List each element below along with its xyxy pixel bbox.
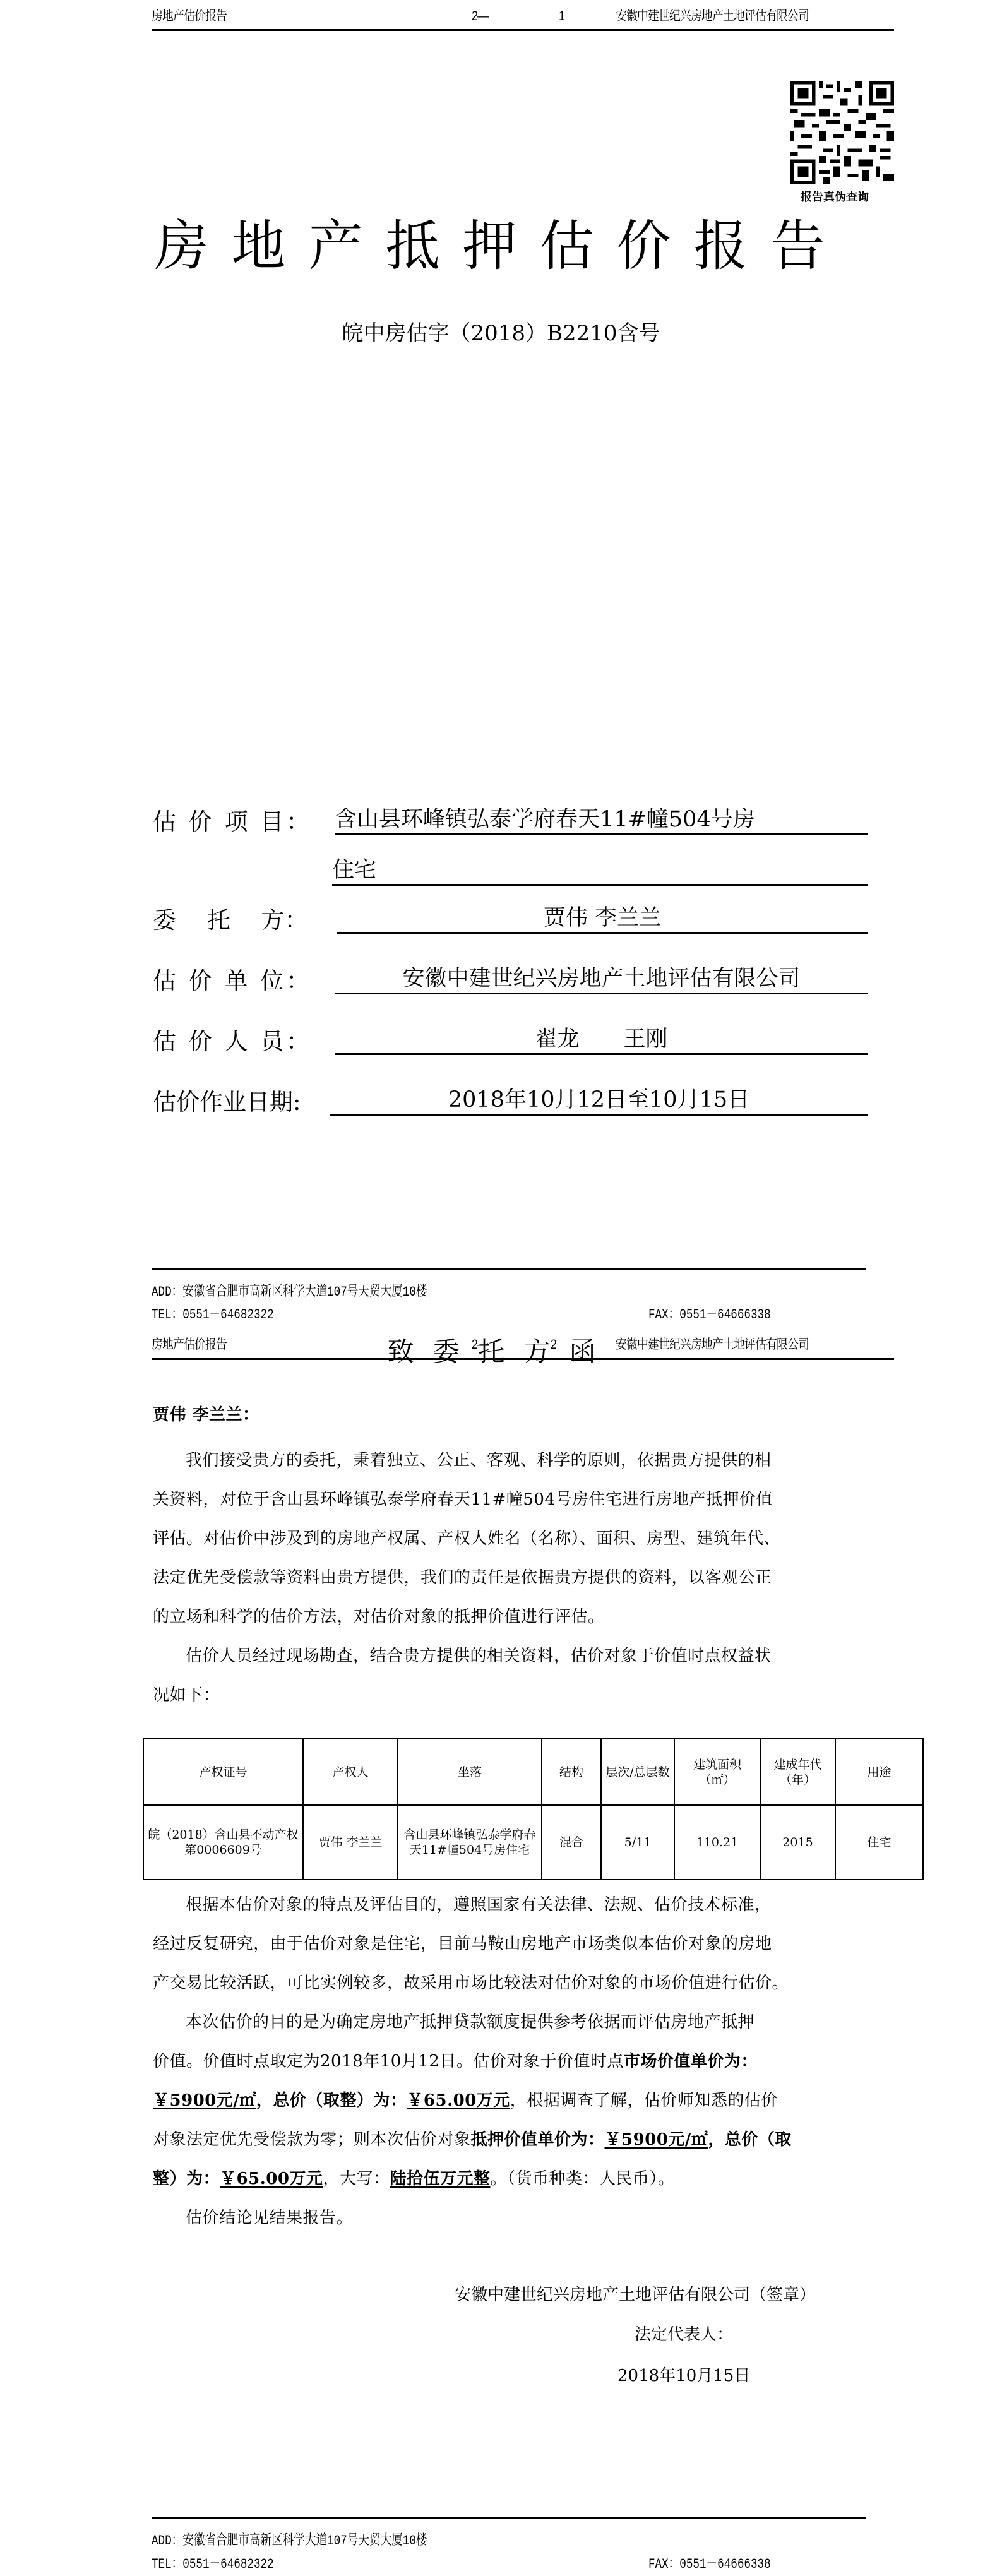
table-row: 皖（2018）含山县不动产权第0006609号 贾伟 李兰兰 含山县环峰镇弘泰学…: [143, 1805, 923, 1880]
table-cell-location: 含山县环峰镇弘泰学府春天11#幢504号房住宅: [398, 1805, 542, 1880]
market-unit-price: ￥5900元/㎡: [153, 2091, 256, 2110]
mortgage-total-label: 整）为：: [153, 2169, 220, 2188]
market-total-value: ￥65.00万元: [407, 2091, 510, 2110]
field-value-work-date: 2018年10月12日至10月15日: [330, 1086, 868, 1116]
field-label-client: 委 托 方：: [153, 907, 308, 934]
field-value-appraisers: 翟龙 王刚: [335, 1025, 868, 1055]
para4-line3: ￥5900元/㎡，总价（取整）为：￥65.00万元，根据调查了解，估价师知悉的估…: [153, 2091, 910, 2110]
signature-date: 2018年10月15日: [617, 2366, 750, 2385]
field-value-appraiser-unit: 安徽中建世纪兴房地产土地评估有限公司: [335, 965, 868, 994]
header-page-number: 1: [559, 9, 564, 24]
qr-code-icon: [790, 81, 894, 184]
field-label-appraiser-unit: 估 价 单 位：: [153, 967, 312, 995]
footer-divider: [152, 2517, 866, 2519]
signature-legal-rep: 法定代表人：: [635, 2325, 733, 2344]
para1-line2: 关资料，对位于含山县环峰镇弘泰学府春天11#幢504号房住宅进行房地产抵押价值: [153, 1490, 910, 1509]
footer-address: ADD：安徽省合肥市高新区科学大道107号天贸大厦10楼: [152, 1284, 427, 1301]
field-label-project: 估 价 项 目：: [153, 808, 312, 836]
table-header-cell: 建成年代（年）: [760, 1739, 835, 1805]
mortgage-value-label: 抵押价值单价为：: [471, 2130, 605, 2149]
field-value-client: 贾伟 李兰兰: [337, 904, 868, 934]
market-total-label: ，总价（取整）为：: [256, 2091, 407, 2110]
para1-line5: 的立场和科学的估价方法，对估价对象的抵押价值进行评估。: [153, 1607, 910, 1626]
table-header-cell: 产权证号: [143, 1739, 303, 1805]
table-cell-year: 2015: [760, 1805, 835, 1880]
footer-fax: FAX：0551－64666338: [648, 1307, 771, 1323]
para5: 估价结论见结果报告。: [153, 2209, 910, 2227]
footer-fax: FAX：0551－64666338: [648, 2556, 771, 2573]
para3-line1: 根据本估价对象的特点及评估目的，遵照国家有关法律、法规、估价技术标准，: [153, 1895, 910, 1914]
qr-caption: 报告真伪查询: [801, 188, 869, 205]
para2-line2: 况如下：: [153, 1686, 910, 1705]
mortgage-unit-price: ￥5900元/㎡: [605, 2130, 708, 2149]
para4-text: ，根据调查了解，估价师知悉的估价: [510, 2091, 778, 2110]
mortgage-total-label: ，总价（取: [708, 2130, 792, 2149]
table-header-cell: 产权人: [303, 1739, 398, 1805]
para3-line2: 经过反复研究，由于估价对象是住宅，目前马鞍山房地产市场类似本估价对象的房地: [153, 1935, 910, 1953]
para4-line4: 对象法定优先受偿款为零；则本次估价对象抵押价值单价为：￥5900元/㎡，总价（取: [153, 2130, 910, 2149]
report-number: 皖中房估字（2018）B2210含号: [0, 321, 1002, 346]
para4-line5: 整）为：￥65.00万元，大写：陆拾伍万元整。（货币种类：人民币）。: [153, 2169, 910, 2188]
currency-note: 。（货币种类：人民币）。: [490, 2169, 674, 2188]
capital-amount: 陆拾伍万元整: [390, 2169, 490, 2188]
table-cell-cert-no: 皖（2018）含山县不动产权第0006609号: [143, 1805, 303, 1880]
field-value-project-line2: 住宅: [332, 856, 868, 886]
table-cell-owner: 贾伟 李兰兰: [303, 1805, 398, 1880]
table-header-cell: 结构: [542, 1739, 601, 1805]
para1-line3: 评估。对估价中涉及到的房地产权属、产权人姓名（名称）、面积、房型、建筑年代、: [153, 1529, 910, 1548]
footer-tel: TEL：0551－64682322: [152, 2556, 274, 2573]
para4-text: 对象法定优先受偿款为零；则本次估价对象: [153, 2130, 471, 2149]
table-header-cell: 坐落: [398, 1739, 542, 1805]
report-title: 房地产抵押估价报告: [0, 215, 1002, 278]
table-header-cell: 用途: [835, 1739, 923, 1805]
para4-line1: 本次估价的目的是为确定房地产抵押贷款额度提供参考依据而评估房地产抵押: [153, 2013, 910, 2032]
table-cell-usage: 住宅: [835, 1805, 923, 1880]
market-value-label: 市场价值单价为：: [624, 2052, 758, 2071]
field-label-work-date: 估价作业日期:: [153, 1088, 301, 1116]
property-table: 产权证号 产权人 坐落 结构 层次/总层数 建筑面积（㎡） 建成年代（年） 用途…: [143, 1738, 924, 1880]
para3-line3: 产交易比较活跃，可比实例较多，故采用市场比较法对估价对象的市场价值进行估价。: [153, 1974, 910, 1993]
footer-address: ADD：安徽省合肥市高新区科学大道107号天贸大厦10楼: [152, 2533, 427, 2549]
para2-line1: 估价人员经过现场勘查，结合贵方提供的相关资料，估价对象于价值时点权益状: [153, 1647, 910, 1666]
capital-label: ，大写：: [323, 2169, 390, 2188]
table-header-row: 产权证号 产权人 坐落 结构 层次/总层数 建筑面积（㎡） 建成年代（年） 用途: [143, 1739, 923, 1805]
letter-title: 致委托方函: [0, 1336, 1002, 1368]
para4-text: 价值。价值时点取定为2018年10月12日。估价对象于价值时点: [153, 2052, 624, 2071]
letter-salutation: 贾伟 李兰兰：: [153, 1405, 910, 1424]
footer-divider: [152, 1268, 866, 1270]
signature-company: 安徽中建世纪兴房地产土地评估有限公司（签章）: [455, 2286, 816, 2305]
header-left: 房地产估价报告: [152, 9, 227, 24]
footer-tel: TEL：0551－64682322: [152, 1307, 274, 1323]
table-header-cell: 建筑面积（㎡）: [674, 1739, 760, 1805]
para1-line1: 我们接受贵方的委托，秉着独立、公正、客观、科学的原则，依据贵方提供的相: [153, 1451, 910, 1470]
para1-line4: 法定优先受偿款等资料由贵方提供，我们的责任是依据贵方提供的资料，以客观公正: [153, 1568, 910, 1587]
field-value-project-line1: 含山县环峰镇弘泰学府春天11#幢504号房: [335, 806, 868, 835]
header-page-prefix: 2—: [472, 9, 488, 24]
header-divider: [152, 29, 894, 31]
table-cell-area: 110.21: [674, 1805, 760, 1880]
table-cell-floor: 5/11: [601, 1805, 674, 1880]
table-cell-structure: 混合: [542, 1805, 601, 1880]
table-header-cell: 层次/总层数: [601, 1739, 674, 1805]
mortgage-total-value: ￥65.00万元: [220, 2169, 323, 2188]
header-company: 安徽中建世纪兴房地产土地评估有限公司: [616, 9, 809, 24]
field-label-appraisers: 估 价 人 员：: [153, 1028, 312, 1056]
para4-line2: 价值。价值时点取定为2018年10月12日。估价对象于价值时点市场价值单价为：: [153, 2052, 910, 2071]
